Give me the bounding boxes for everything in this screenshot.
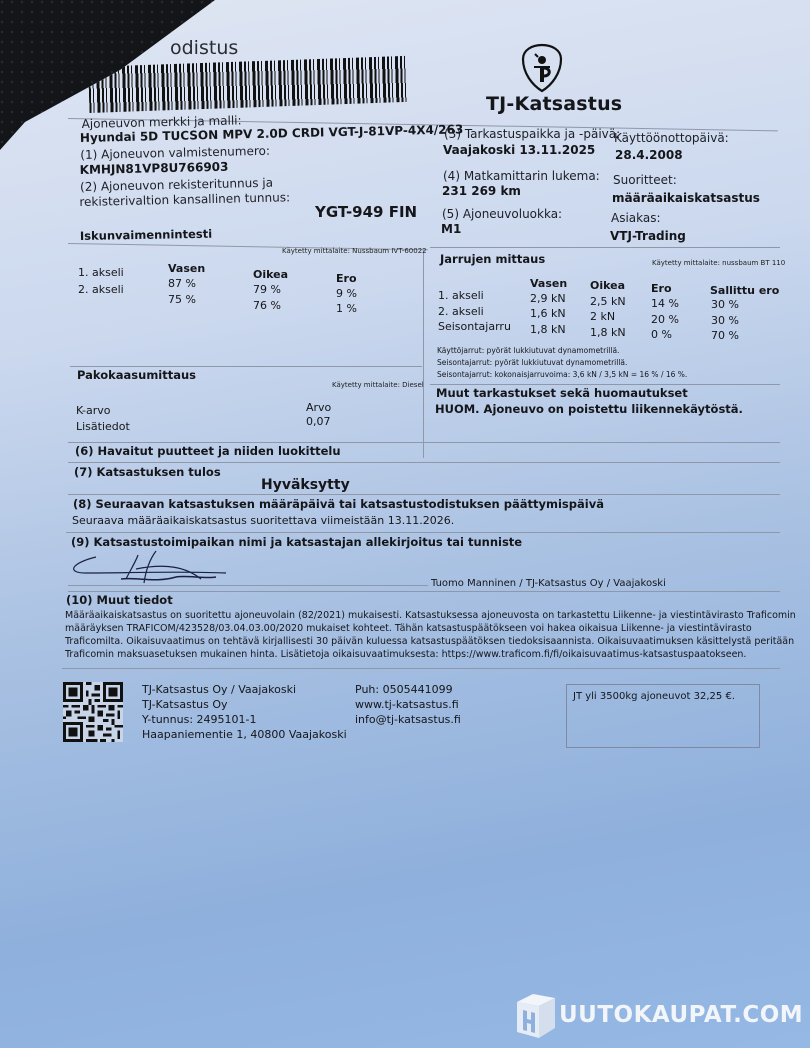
- huutokaupat-cube-logo-icon: [515, 992, 557, 1040]
- inspection-place-value: Vaajakoski 13.11.2025: [443, 143, 595, 157]
- inspection-certificate-paper: odistus TJ-Katsastus Ajoneuvon merkki ja…: [0, 0, 810, 1048]
- tj-shield-logo-icon: [520, 43, 564, 93]
- cell-right: 76 %: [253, 299, 281, 312]
- company-info: TJ-Katsastus Oy / Vaajakoski TJ-Katsastu…: [142, 682, 347, 742]
- row-label: 2. akseli: [438, 305, 484, 318]
- inspector-name: Tuomo Manninen / TJ-Katsastus Oy / Vaaja…: [431, 578, 666, 589]
- cell-left: 87 %: [168, 277, 196, 290]
- col-header-diff: Ero: [336, 272, 357, 285]
- row-label: 1. akseli: [78, 266, 124, 279]
- divider: [68, 442, 780, 443]
- next-inspection-text: Seuraava määräaikaiskatsastus suoritetta…: [72, 514, 454, 527]
- inspector-signature: [66, 549, 276, 587]
- odometer-label: (4) Matkamittarin lukema:: [443, 169, 600, 183]
- cell-diff: 20 %: [651, 313, 679, 326]
- email: info@tj-katsastus.fi: [355, 712, 461, 727]
- brake-test-title: Jarrujen mittaus: [440, 252, 545, 266]
- section-6-title: (6) Havaitut puutteet ja niiden luokitte…: [75, 444, 341, 458]
- cell-right: 2 kN: [590, 310, 615, 323]
- document-title: odistus: [170, 37, 238, 59]
- extra-info-label: Lisätiedot: [76, 420, 130, 433]
- qr-code: [62, 682, 124, 742]
- brake-note: Seisontajarrut: kokonaisjarruvoima: 3,6 …: [437, 370, 687, 379]
- cell-right: 2,5 kN: [590, 295, 626, 308]
- divider: [430, 247, 780, 248]
- company-line: Y-tunnus: 2495101-1: [142, 712, 347, 727]
- column-divider: [423, 250, 424, 458]
- shock-test-device: Käytetty mittalaite: Nussbaum IVT-60022: [282, 247, 427, 255]
- cell-diff: 9 %: [336, 287, 357, 300]
- cell-allowed: 70 %: [711, 329, 739, 342]
- cell-allowed: 30 %: [711, 314, 739, 327]
- emission-title: Pakokaasumittaus: [77, 368, 196, 382]
- company-line: TJ-Katsastus Oy / Vaajakoski: [142, 682, 347, 697]
- col-header-right: Oikea: [590, 279, 625, 292]
- other-info-line: Traficomilta. Oikaisuvaatimus on tehtävä…: [65, 636, 794, 648]
- col-header-diff: Ero: [651, 282, 672, 295]
- col-header-left: Vasen: [168, 262, 205, 275]
- other-info-line: määräyksen TRAFICOM/423528/03.04.03.00/2…: [65, 623, 752, 635]
- col-header-left: Vasen: [530, 277, 567, 290]
- fee-note: JT yli 3500kg ajoneuvot 32,25 €.: [573, 691, 735, 702]
- performed-value: määräaikaiskatsastus: [612, 191, 760, 205]
- divider: [68, 591, 780, 592]
- section-10-title: (10) Muut tiedot: [66, 593, 173, 607]
- vehicle-class-label: (5) Ajoneuvoluokka:: [442, 207, 562, 221]
- cell-left: 1,6 kN: [530, 307, 566, 320]
- inspection-result: Hyväksytty: [261, 477, 350, 493]
- cell-allowed: 30 %: [711, 298, 739, 311]
- section-8-title: (8) Seuraavan katsastuksen määräpäivä ta…: [73, 497, 604, 511]
- company-line: TJ-Katsastus Oy: [142, 697, 347, 712]
- value-header: Arvo: [306, 401, 331, 414]
- other-info-line: Määräaikaiskatsastus on suoritettu ajone…: [65, 610, 796, 622]
- divider: [68, 462, 780, 463]
- brake-note: Seisontajarrut: pyörät lukkiutuvat dynam…: [437, 358, 627, 367]
- cell-left: 2,9 kN: [530, 292, 566, 305]
- registration-value: YGT-949 FIN: [315, 203, 417, 221]
- huutokaupat-watermark: UUTOKAUPAT.COM: [515, 992, 805, 1040]
- brake-test-device: Käytetty mittalaite: nussbaum BT 110: [652, 259, 785, 267]
- phone: Puh: 0505441099: [355, 682, 461, 697]
- first-use-value: 28.4.2008: [615, 148, 683, 162]
- other-checks-title: Muut tarkastukset sekä huomautukset: [436, 386, 688, 400]
- col-header-allowed: Sallittu ero: [710, 284, 779, 297]
- section-9-title: (9) Katsastustoimipaikan nimi ja katsast…: [71, 535, 522, 549]
- customer-value: VTJ-Trading: [610, 229, 686, 243]
- row-label: 1. akseli: [438, 289, 484, 302]
- website: www.tj-katsastus.fi: [355, 697, 461, 712]
- brand-name: TJ-Katsastus: [486, 93, 622, 115]
- vin-value: KMHJN81VP8U766903: [80, 160, 229, 177]
- divider: [66, 532, 780, 533]
- row-label: Seisontajarru: [438, 320, 511, 333]
- company-line: Haapaniementie 1, 40800 Vaajakoski: [142, 727, 347, 742]
- divider: [68, 494, 780, 495]
- performed-label: Suoritteet:: [613, 173, 677, 187]
- cell-right: 1,8 kN: [590, 326, 626, 339]
- shock-test-title: Iskunvaimennintesti: [80, 227, 212, 243]
- cell-right: 79 %: [253, 283, 281, 296]
- customer-label: Asiakas:: [611, 211, 661, 225]
- signature-line: [68, 585, 428, 586]
- brake-note: Käyttöjarrut: pyörät lukkiutuvat dynamom…: [437, 346, 619, 355]
- other-checks-text: HUOM. Ajoneuvo on poistettu liikennekäyt…: [435, 402, 743, 416]
- row-label: 2. akseli: [78, 283, 124, 296]
- emission-device: Käytetty mittalaite: Diesel: [332, 381, 424, 389]
- col-header-right: Oikea: [253, 268, 288, 281]
- watermark-text: UUTOKAUPAT.COM: [559, 1002, 803, 1028]
- section-7-title: (7) Katsastuksen tulos: [74, 465, 221, 479]
- vin-label: (1) Ajoneuvon valmistenumero:: [80, 144, 270, 162]
- cell-diff: 14 %: [651, 297, 679, 310]
- divider: [62, 668, 780, 669]
- other-info-line: Traficomin maksuasetuksen mukainen hinta…: [65, 649, 746, 661]
- inspection-place-label: (3) Tarkastuspaikka ja -päivä:: [444, 127, 620, 141]
- divider: [70, 366, 422, 367]
- cell-diff: 1 %: [336, 302, 357, 315]
- fee-note-box: JT yli 3500kg ajoneuvot 32,25 €.: [566, 684, 760, 748]
- k-value: 0,07: [306, 415, 331, 428]
- vehicle-class-value: M1: [441, 222, 461, 236]
- odometer-value: 231 269 km: [442, 184, 521, 198]
- divider: [430, 384, 780, 385]
- contact-info: Puh: 0505441099 www.tj-katsastus.fi info…: [355, 682, 461, 727]
- first-use-label: Käyttöönottopäivä:: [614, 131, 729, 145]
- cell-diff: 0 %: [651, 328, 672, 341]
- cell-left: 75 %: [168, 293, 196, 306]
- cell-left: 1,8 kN: [530, 323, 566, 336]
- k-value-label: K-arvo: [76, 404, 111, 417]
- barcode: [88, 56, 407, 113]
